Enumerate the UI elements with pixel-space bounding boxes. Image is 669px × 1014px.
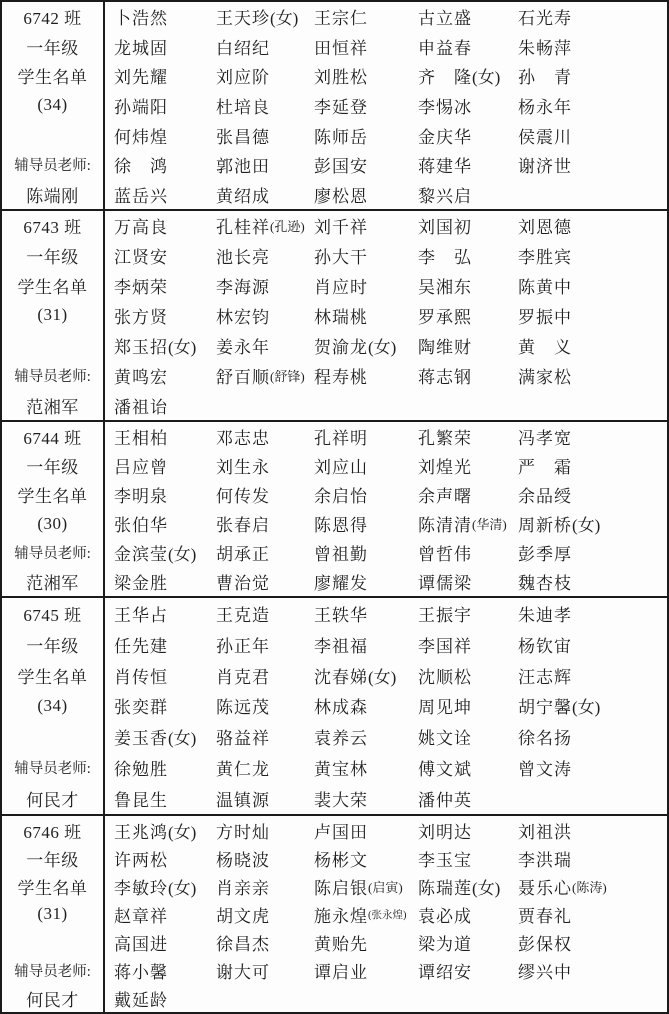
student-name: 梁金胜 [114,567,216,596]
student-name: 郑玉招(女) [114,330,216,360]
student-name: 黄仁龙 [216,752,314,783]
student-name: 汪志辉 [518,660,667,691]
student-name-text: 蒋小馨 [114,958,168,983]
student-name: 谭启业 [314,956,418,984]
student-name-text: 李祖福 [314,632,368,657]
student-name-text: 王兆鸿 [114,818,168,843]
student-name-text: 蓝岳兴 [114,182,168,207]
student-name: 张方贤 [114,301,216,331]
student-name: 施永煌(张永煌) [314,900,418,928]
student-name-text: 杨永年 [518,93,572,118]
grade-label: 一年级 [2,451,103,480]
student-name: 罗振中 [518,301,667,331]
student-name-text: 周新桥 [518,511,572,536]
student-name-text: 孙 青 [518,63,572,88]
student-name: 黄 义 [518,330,667,360]
name-annotation: (张永煌) [368,907,407,922]
student-name: 谭儒梁 [418,567,518,596]
student-name-text: 刘生永 [216,453,270,478]
student-name: 周新桥(女) [518,509,667,538]
student-name-text: 廖耀发 [314,569,368,594]
student-name: 肖克君 [216,660,314,691]
student-name: 陈师岳 [314,120,418,150]
roster-label: 学生名单 [2,271,103,301]
student-name-text: 陈黄中 [518,273,572,298]
student-name: 孙正年 [216,629,314,660]
student-name-text: 林宏钧 [216,303,270,328]
student-name: 何传发 [216,480,314,509]
student-count: (34) [2,91,103,121]
student-name-text: 谭绍安 [418,958,472,983]
student-name-text: 满家松 [518,363,572,388]
student-name: 吴湘东 [418,271,518,301]
student-name: 刘胜松 [314,61,418,91]
student-name-text: 刘应山 [314,453,368,478]
student-name: 刘生永 [216,451,314,480]
class-number: 6745 班 [2,598,103,629]
students-grid: 万高良孔桂祥(孔逊)刘千祥刘国初刘恩德江贤安池长亮孙大干李 弘李胜宾李炳荣李海源… [105,211,667,420]
student-name-text: 李敏玲 [114,874,168,899]
name-annotation: (女) [168,874,196,899]
student-name-text: 施永煌 [314,902,368,927]
student-name: 高国进 [114,928,216,956]
student-name: 李延登 [314,91,418,121]
student-name-text: 梁金胜 [114,569,168,594]
student-name-text: 田恒祥 [314,34,368,59]
student-name: 温镇源 [216,783,314,814]
student-name: 姜永年 [216,330,314,360]
student-name-text: 张春启 [216,511,270,536]
student-name-text: 李明泉 [114,482,168,507]
student-name-text: 卜浩然 [114,4,168,29]
student-name: 王天珍(女) [216,2,314,32]
student-name-text: 刘恩德 [518,213,572,238]
student-name-text: 潘仲英 [418,786,472,811]
student-name-text: 陈恩得 [314,511,368,536]
student-name-text: 黄绍成 [216,182,270,207]
student-name-text: 齐 隆 [418,63,472,88]
student-name-text: 李 弘 [418,243,472,268]
student-name: 肖亲亲 [216,872,314,900]
student-name: 李敏玲(女) [114,872,216,900]
student-name: 杜培良 [216,91,314,121]
student-name-text: 梁为道 [418,930,472,955]
student-name: 陈清清(华清) [418,509,518,538]
student-name: 魏杏枝 [518,567,667,596]
student-name: 曾祖勤 [314,538,418,567]
student-name-text: 李惕冰 [418,93,472,118]
student-name: 李海源 [216,271,314,301]
student-name: 陈瑞莲(女) [418,872,518,900]
student-name: 刘祖洪 [518,816,667,844]
name-annotation: (女) [572,693,600,718]
student-name-text: 王振宇 [418,601,472,626]
student-name-text: 何炜煌 [114,123,168,148]
student-name: 程寿桃 [314,360,418,390]
student-name: 王相柏 [114,422,216,451]
student-name: 裴大荣 [314,783,418,814]
student-name-text: 郭池田 [216,152,270,177]
student-name: 陶维财 [418,330,518,360]
student-count: (34) [2,691,103,722]
student-name: 肖传恒 [114,660,216,691]
student-name: 石光寿 [518,2,667,32]
student-name: 刘煌光 [418,451,518,480]
student-name-text: 朱畅萍 [518,34,572,59]
student-name-text: 任先建 [114,632,168,657]
student-name: 白绍纪 [216,32,314,62]
student-name-text: 姚文诠 [418,724,472,749]
student-name: 缪兴中 [518,956,667,984]
student-name-text: 鲁昆生 [114,786,168,811]
roster-label: 学生名单 [2,660,103,691]
student-name-text: 谢济世 [518,152,572,177]
student-name: 孙端阳 [114,91,216,121]
student-name: 陈启银(启寅) [314,872,418,900]
student-name: 刘先耀 [114,61,216,91]
student-name: 袁养云 [314,721,418,752]
roster-label: 学生名单 [2,480,103,509]
student-name-text: 张方贤 [114,303,168,328]
class-number: 6746 班 [2,816,103,844]
student-name-text: 孔繁荣 [418,424,472,449]
student-name: 胡宁馨(女) [518,691,667,722]
student-name-text: 谭启业 [314,958,368,983]
student-name-text: 方时灿 [216,818,270,843]
student-name-text: 刘先耀 [114,63,168,88]
student-name: 潘仲英 [418,783,518,814]
student-name-text: 程寿桃 [314,363,368,388]
student-name-text: 王华占 [114,601,168,626]
student-name: 任先建 [114,629,216,660]
student-name-text: 彭季厚 [518,540,572,565]
student-name-text: 孔祥明 [314,424,368,449]
student-name: 刘应阶 [216,61,314,91]
student-name: 余启怡 [314,480,418,509]
student-name-text: 余启怡 [314,482,368,507]
student-name-text: 陈师岳 [314,123,368,148]
student-name-text: 肖克君 [216,663,270,688]
student-name-text: 谢大可 [216,958,270,983]
student-name: 张昌德 [216,120,314,150]
student-name-text: 肖亲亲 [216,874,270,899]
grade-label: 一年级 [2,32,103,62]
student-name-text: 谭儒梁 [418,569,472,594]
student-name-text: 何传发 [216,482,270,507]
tutor-label: 辅导员老师: [2,752,103,783]
student-name: 陈恩得 [314,509,418,538]
student-name: 王兆鸿(女) [114,816,216,844]
grade-label: 一年级 [2,629,103,660]
student-name: 孔桂祥(孔逊) [216,211,314,241]
name-annotation: (孔逊) [270,216,305,235]
tutor-name: 范湘军 [2,390,103,420]
student-name: 胡文虎 [216,900,314,928]
student-name-text: 王克造 [216,601,270,626]
student-name: 金庆华 [418,120,518,150]
name-annotation: (女) [168,818,196,843]
student-name: 沈顺松 [418,660,518,691]
student-name-text: 曾文涛 [518,755,572,780]
student-name: 孔繁荣 [418,422,518,451]
tutor-label: 辅导员老师: [2,956,103,984]
student-name: 杨永年 [518,91,667,121]
student-name-text: 刘煌光 [418,453,472,478]
student-name-text: 金庆华 [418,123,472,148]
name-annotation: (女) [168,333,196,358]
student-name: 余品绶 [518,480,667,509]
students-grid: 王兆鸿(女)方时灿卢国田刘明达刘祖洪许两松杨晓波杨彬文李玉宝李洪瑞李敏玲(女)肖… [105,816,667,1012]
student-name-text: 高国进 [114,930,168,955]
name-annotation: (女) [572,511,600,536]
student-name-text: 胡宁馨 [518,693,572,718]
student-name-text: 骆益祥 [216,724,270,749]
student-name-text: 彭国安 [314,152,368,177]
student-name: 林成森 [314,691,418,722]
student-name-text: 张奕群 [114,693,168,718]
student-name-text: 温镇源 [216,786,270,811]
student-name-text: 万高良 [114,213,168,238]
roster-label: 学生名单 [2,872,103,900]
student-name-text: 李胜宾 [518,243,572,268]
student-name: 冯孝宽 [518,422,667,451]
student-name: 罗承熙 [418,301,518,331]
tutor-label: 辅导员老师: [2,150,103,180]
student-name: 齐 隆(女) [418,61,518,91]
student-name-text: 袁养云 [314,724,368,749]
student-name: 朱迪孝 [518,598,667,629]
student-name: 赵章祥 [114,900,216,928]
student-name: 徐昌杰 [216,928,314,956]
student-name-text: 贾春礼 [518,902,572,927]
student-name: 黄宝林 [314,752,418,783]
student-name: 卢国田 [314,816,418,844]
student-name: 张奕群 [114,691,216,722]
student-name-text: 魏杏枝 [518,569,572,594]
student-name-text: 朱迪孝 [518,601,572,626]
student-name-text: 黄宝林 [314,755,368,780]
class-info-cell: 6743 班一年级学生名单(31)辅导员老师:范湘军 [2,211,105,420]
student-name: 彭保权 [518,928,667,956]
student-name-text: 刘应阶 [216,63,270,88]
student-name-text: 赵章祥 [114,902,168,927]
student-name-text: 吕应曾 [114,453,168,478]
student-name-text: 胡承正 [216,540,270,565]
student-name-text: 白绍纪 [216,34,270,59]
student-name-text: 石光寿 [518,4,572,29]
student-name-text: 池长亮 [216,243,270,268]
student-name-text: 王轶华 [314,601,368,626]
name-annotation: (启寅) [368,877,403,896]
student-name: 张伯华 [114,509,216,538]
student-name-text: 杨彬文 [314,846,368,871]
student-name-text: 余品绶 [518,482,572,507]
student-name: 聂乐心(陈涛) [518,872,667,900]
student-name: 谭绍安 [418,956,518,984]
student-name-text: 黄鸣宏 [114,363,168,388]
student-name-text: 林成森 [314,693,368,718]
student-name: 曾哲伟 [418,538,518,567]
student-name-text: 冯孝宽 [518,424,572,449]
student-name-text: 申益春 [418,34,472,59]
student-name-text: 姜玉香 [114,724,168,749]
student-name: 古立盛 [418,2,518,32]
class-section: 6743 班一年级学生名单(31)辅导员老师:范湘军万高良孔桂祥(孔逊)刘千祥刘… [2,211,667,422]
student-name: 李惕冰 [418,91,518,121]
student-name: 廖松恩 [314,179,418,209]
student-name: 吕应曾 [114,451,216,480]
name-annotation: (华清) [472,514,507,533]
student-name-text: 陈瑞莲 [418,874,472,899]
student-name: 孙 青 [518,61,667,91]
student-name: 徐 鸿 [114,150,216,180]
student-name: 谢大可 [216,956,314,984]
student-name: 梁为道 [418,928,518,956]
student-name: 侯震川 [518,120,667,150]
student-name-text: 孔桂祥 [216,213,270,238]
student-count: (31) [2,900,103,928]
student-name-text: 刘胜松 [314,63,368,88]
student-name-text: 肖传恒 [114,663,168,688]
student-name-text: 蒋志钢 [418,363,472,388]
class-section: 6746 班一年级学生名单(31)辅导员老师:何民才王兆鸿(女)方时灿卢国田刘明… [2,816,667,1012]
student-name-text: 杨晓波 [216,846,270,871]
student-name-text: 曾祖勤 [314,540,368,565]
student-name: 龙城固 [114,32,216,62]
student-name: 骆益祥 [216,721,314,752]
student-name: 彭季厚 [518,538,667,567]
student-name-text: 李洪瑞 [518,846,572,871]
student-name: 江贤安 [114,241,216,271]
student-name-text: 王宗仁 [314,4,368,29]
student-name-text: 戴延龄 [114,986,168,1011]
student-name: 沈春娣(女) [314,660,418,691]
student-name: 曹治觉 [216,567,314,596]
student-name-text: 沈顺松 [418,663,472,688]
tutor-label: 辅导员老师: [2,538,103,567]
student-name-text: 侯震川 [518,123,572,148]
student-name-text: 严 霜 [518,453,572,478]
student-name: 王轶华 [314,598,418,629]
student-name: 孙大干 [314,241,418,271]
tutor-label: 辅导员老师: [2,360,103,390]
name-annotation: (女) [368,333,396,358]
student-name-text: 徐昌杰 [216,930,270,955]
roster-label: 学生名单 [2,61,103,91]
student-name: 邓志忠 [216,422,314,451]
student-name: 周见坤 [418,691,518,722]
student-name: 胡承正 [216,538,314,567]
student-name: 李国祥 [418,629,518,660]
student-name: 廖耀发 [314,567,418,596]
student-name-text: 沈春娣 [314,663,368,688]
student-name-text: 孙正年 [216,632,270,657]
student-name-text: 杨钦宙 [518,632,572,657]
student-name: 林瑞桃 [314,301,418,331]
student-name-text: 袁必成 [418,902,472,927]
class-number: 6742 班 [2,2,103,32]
student-name: 蒋志钢 [418,360,518,390]
class-info-cell: 6742 班一年级学生名单(34)辅导员老师:陈端刚 [2,2,105,209]
student-name: 鲁昆生 [114,783,216,814]
class-number: 6744 班 [2,422,103,451]
student-name-text: 陈启银 [314,874,368,899]
student-name: 傅文斌 [418,752,518,783]
student-name-text: 龙城固 [114,34,168,59]
student-name: 万高良 [114,211,216,241]
student-name-text: 潘祖诒 [114,393,168,418]
name-annotation: (女) [168,540,196,565]
student-name: 李洪瑞 [518,844,667,872]
student-name: 刘千祥 [314,211,418,241]
student-name: 戴延龄 [114,984,216,1012]
student-name-text: 刘明达 [418,818,472,843]
student-name: 王宗仁 [314,2,418,32]
tutor-name: 何民才 [2,984,103,1012]
student-name-text: 蒋建华 [418,152,472,177]
student-name-text: 曾哲伟 [418,540,472,565]
student-name: 黄鸣宏 [114,360,216,390]
student-name-text: 金滨莹 [114,540,168,565]
class-section: 6742 班一年级学生名单(34)辅导员老师:陈端刚卜浩然王天珍(女)王宗仁古立… [2,2,667,211]
student-name-text: 徐名扬 [518,724,572,749]
student-name-text: 张昌德 [216,123,270,148]
student-name-text: 王天珍 [216,4,270,29]
student-name-text: 廖松恩 [314,182,368,207]
student-name-text: 王相柏 [114,424,168,449]
student-name-text: 徐勉胜 [114,755,168,780]
student-name: 余声曙 [418,480,518,509]
student-name: 王振宇 [418,598,518,629]
student-name-text: 刘千祥 [314,213,368,238]
class-section: 6744 班一年级学生名单(30)辅导员老师:范湘军王相柏邓志忠孔祥明孔繁荣冯孝… [2,422,667,598]
student-name-text: 裴大荣 [314,786,368,811]
student-name-text: 吴湘东 [418,273,472,298]
student-name: 池长亮 [216,241,314,271]
student-name-text: 陈清清 [418,511,472,536]
student-name: 舒百顺(舒锋) [216,360,314,390]
name-annotation: (女) [168,724,196,749]
student-name-text: 江贤安 [114,243,168,268]
student-name-text: 肖应时 [314,273,368,298]
student-name: 满家松 [518,360,667,390]
student-name-text: 古立盛 [418,4,472,29]
student-name-text: 黄 义 [518,333,572,358]
student-name: 金滨莹(女) [114,538,216,567]
grade-label: 一年级 [2,241,103,271]
student-name: 潘祖诒 [114,390,216,420]
student-name: 贺渝龙(女) [314,330,418,360]
student-name-text: 张伯华 [114,511,168,536]
student-name-text: 李国祥 [418,632,472,657]
student-name-text: 黄仁龙 [216,755,270,780]
class-section: 6745 班一年级学生名单(34)辅导员老师:何民才王华占王克造王轶华王振宇朱迪… [2,598,667,816]
student-name: 李玉宝 [418,844,518,872]
student-name: 彭国安 [314,150,418,180]
student-name: 刘应山 [314,451,418,480]
class-number: 6743 班 [2,211,103,241]
student-name: 贾春礼 [518,900,667,928]
name-annotation: (女) [270,4,298,29]
student-name: 徐勉胜 [114,752,216,783]
student-name: 袁必成 [418,900,518,928]
student-name: 何炜煌 [114,120,216,150]
student-name-text: 卢国田 [314,818,368,843]
student-name-text: 李海源 [216,273,270,298]
student-name: 许两松 [114,844,216,872]
student-name-text: 刘国初 [418,213,472,238]
grade-label: 一年级 [2,844,103,872]
